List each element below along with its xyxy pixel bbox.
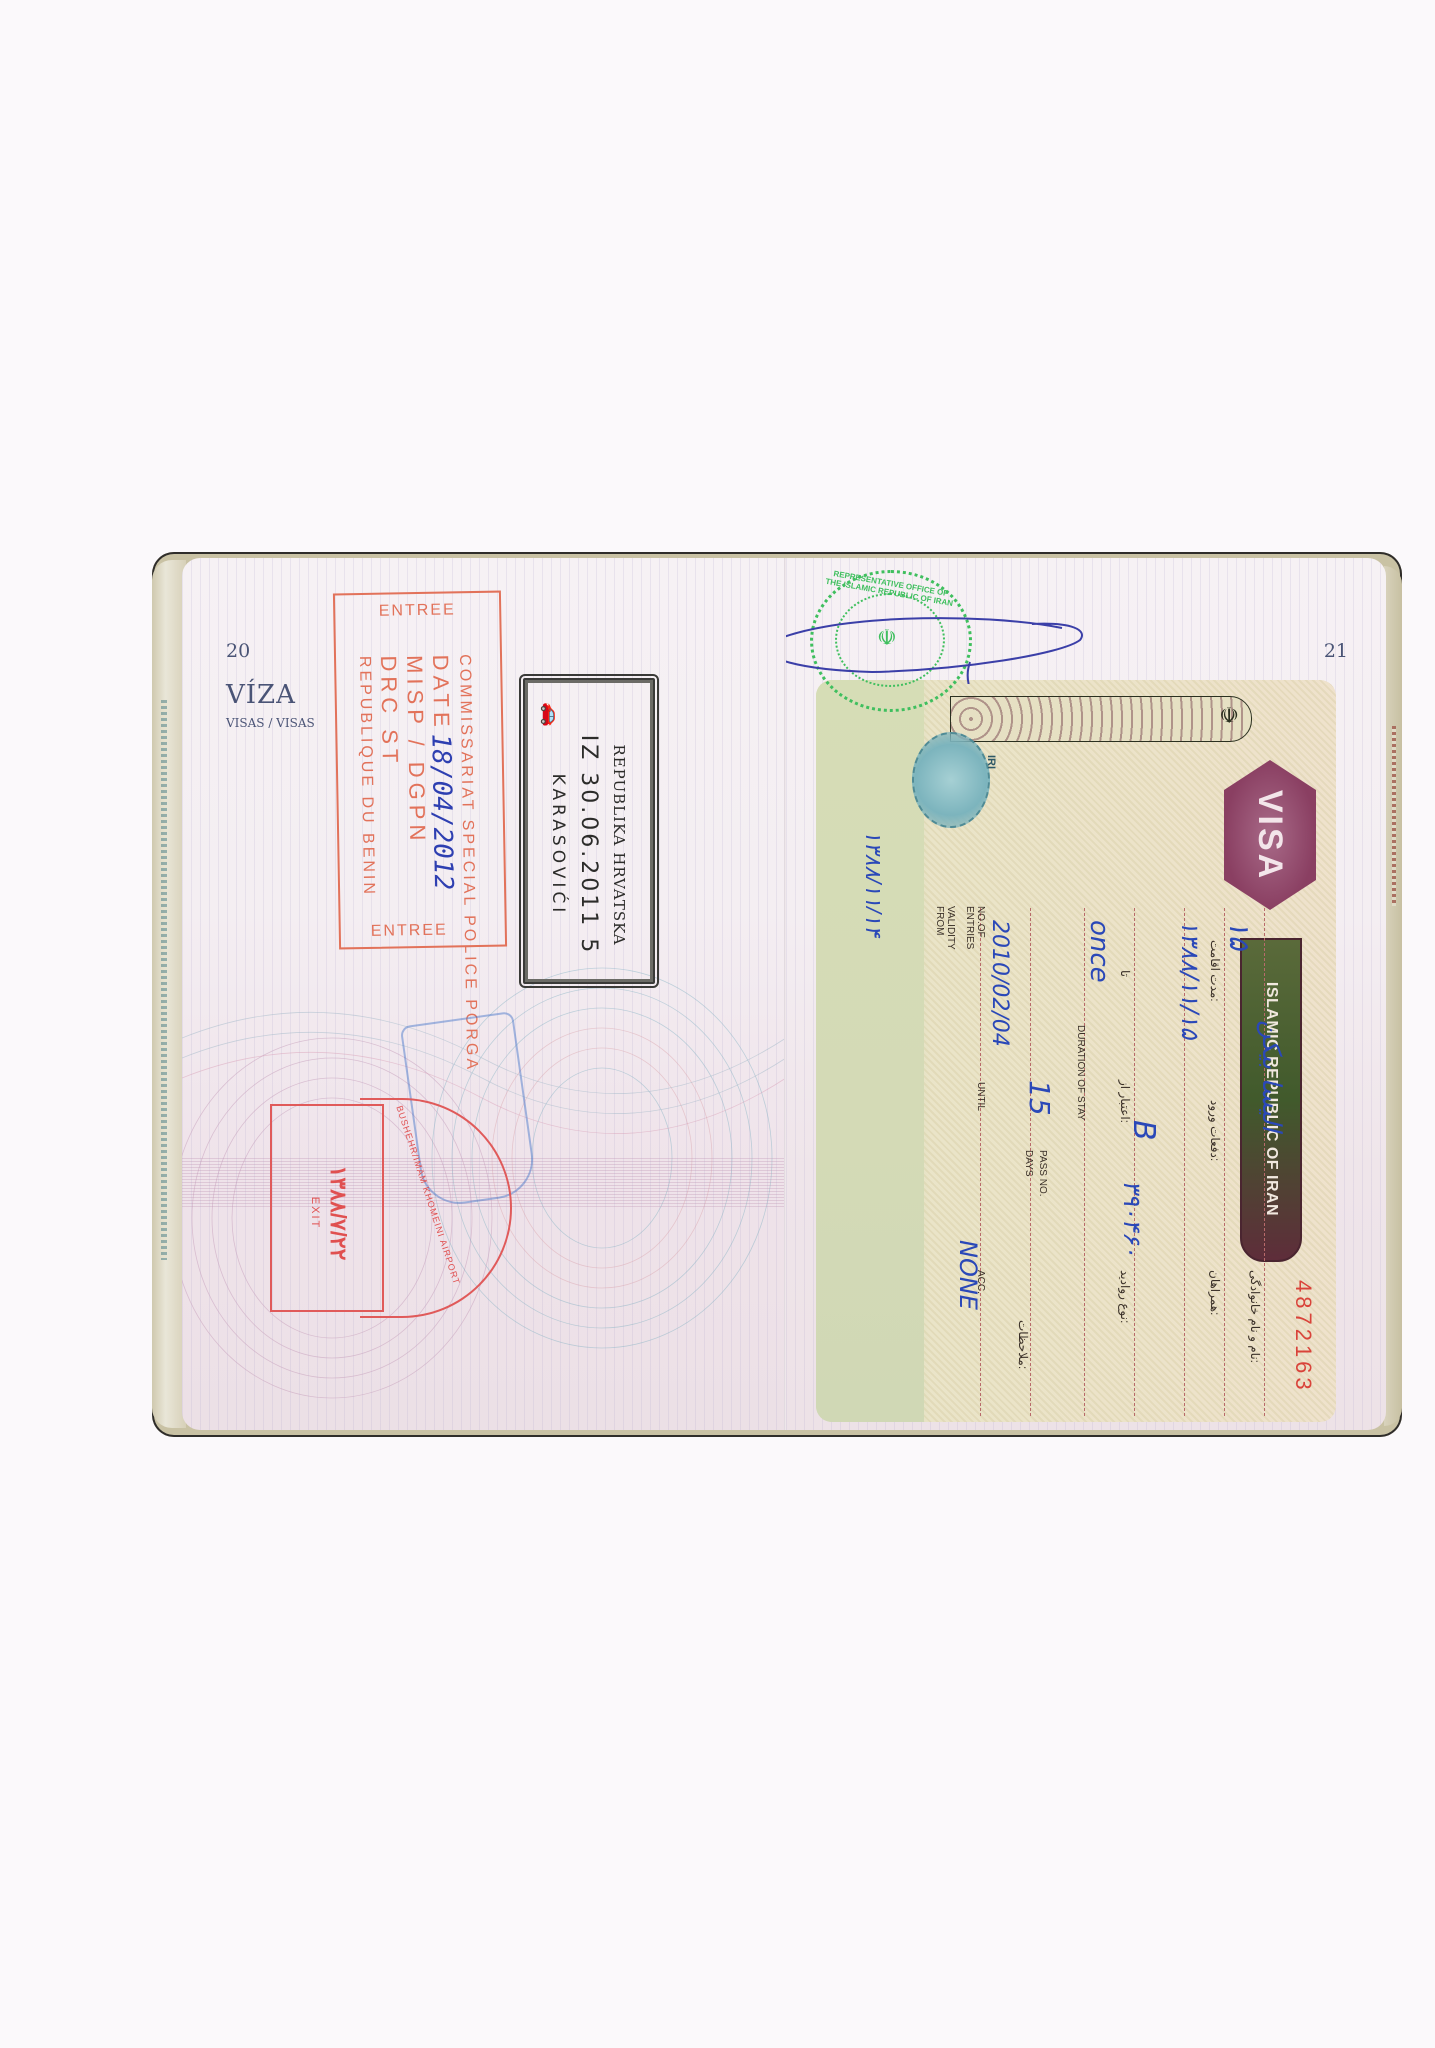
label-fa-remarks: ملاحظات: <box>1016 1320 1030 1369</box>
stamp-label-top: ENTREE <box>335 601 499 622</box>
label-pass-no: PASS NO. <box>1037 1150 1048 1197</box>
value-remarks: NONE <box>954 1240 982 1310</box>
stamp-date-value: IZ 30.06.2011 <box>576 735 601 929</box>
label-until: UNTIL <box>975 1082 986 1111</box>
visa-badge: VISA <box>1224 760 1316 910</box>
label-fa-validity: اعتبار از: <box>1118 1080 1132 1123</box>
stamp-text-block: REPUBLIKA HRVATSKA IZ 30.06.2011 5 KARAS… <box>544 695 634 995</box>
passport-cover-edge-right <box>1384 566 1402 1426</box>
passport-cover-edge-left <box>152 560 186 1428</box>
label-fa-type: نوع روادید: <box>1118 1270 1132 1323</box>
page-subtitle: VISAS / VISAS <box>226 716 315 730</box>
page-title: VÍZA <box>226 680 296 710</box>
stamp-country: REPUBLIKA HRVATSKA <box>604 695 634 995</box>
value-validity-from: 2010/02/04 <box>987 920 1012 1047</box>
handwritten-date: 18/04/2012 <box>425 733 460 1033</box>
field-line <box>1264 908 1265 1416</box>
stamp-date: IZ 30.06.2011 5 <box>572 695 604 995</box>
page-number: 21 <box>1324 640 1348 662</box>
cover-stripe <box>161 700 167 1260</box>
label-fa-companions: همراهان: <box>1208 1270 1222 1315</box>
field-line <box>1224 908 1225 1416</box>
iran-emblem-icon: ☫ <box>1219 703 1239 729</box>
croatia-exit-stamp: 🚗 REPUBLIKA HRVATSKA IZ 30.06.2011 5 KAR… <box>519 674 659 988</box>
value-entries: once <box>1084 920 1114 983</box>
label-entries: NO.OF ENTRIES <box>964 906 986 976</box>
visa-green-strip <box>816 680 924 1422</box>
value-visa-type: B <box>1126 1120 1161 1141</box>
stamp-label-bottom: ENTREE <box>371 922 448 941</box>
value-pass-no: ۳۹۰۴۶۰ <box>1118 1180 1146 1257</box>
value-name: الیسا بیکن <box>1256 1020 1286 1132</box>
field-line <box>980 908 981 1416</box>
handwritten-side-note: ۱۳۸۸/۱۱/۱۴ <box>860 830 886 937</box>
signature <box>786 614 1088 684</box>
label-validity: VALIDITY FROM <box>934 906 956 976</box>
label-fa-until: تا <box>1118 970 1132 977</box>
stamp-text-block: ۱۳۸۸/۷/۲۲ EXIT <box>309 1113 351 1313</box>
right-page: 21 ☫ VISA IRI ISLAMIC REPUBLIC OF IRAN 4… <box>786 558 1386 1430</box>
left-page: 20 VÍZA VISAS / VISAS ENTREE COMMISSARIA… <box>182 558 786 1430</box>
airport-exit-stamp: ۱۳۸۸/۷/۲۲ EXIT BUSHEHR/IMAM KHOMEINI AIR… <box>270 1098 510 1314</box>
field-line <box>1084 908 1085 1416</box>
stamp-date: ۱۳۸۸/۷/۲۲ <box>325 1113 351 1313</box>
value-duration: ۱۵ <box>1223 920 1256 950</box>
label-duration: DURATION OF STAY <box>1075 1025 1086 1145</box>
cover-stripe <box>1392 726 1396 906</box>
visa-ornament-band: ☫ <box>950 696 1252 742</box>
stamp-place: KARASOVIĆI <box>544 695 572 995</box>
page-number: 20 <box>226 640 250 662</box>
label-fa-name: نام و نام خانوادگی: <box>1248 1270 1262 1363</box>
label-fa-entries: دفعات ورود: <box>1208 1100 1222 1161</box>
iran-visa-sticker: ☫ VISA IRI ISLAMIC REPUBLIC OF IRAN 4872… <box>816 680 1336 1422</box>
label-fa-duration: مدت اقامت: <box>1208 940 1222 1002</box>
blue-seal: IRI <box>912 732 990 828</box>
value-issue-date: ۱۳۸۸/۱۱/۱۵ <box>1176 920 1204 1039</box>
stamp-code: 5 <box>576 938 601 955</box>
seal-text: IRI <box>985 755 997 769</box>
visa-badge-label: VISA <box>1250 789 1289 880</box>
label-days: DAYS <box>1023 1150 1034 1177</box>
stamp-label: EXIT <box>309 1113 321 1313</box>
field-line <box>1134 908 1135 1416</box>
benin-entry-stamp: ENTREE COMMISSARIAT SPECIAL POLICE PORGA… <box>333 591 507 950</box>
value-days: 15 <box>1023 1080 1056 1116</box>
passport: 20 VÍZA VISAS / VISAS ENTREE COMMISSARIA… <box>152 552 1402 1437</box>
